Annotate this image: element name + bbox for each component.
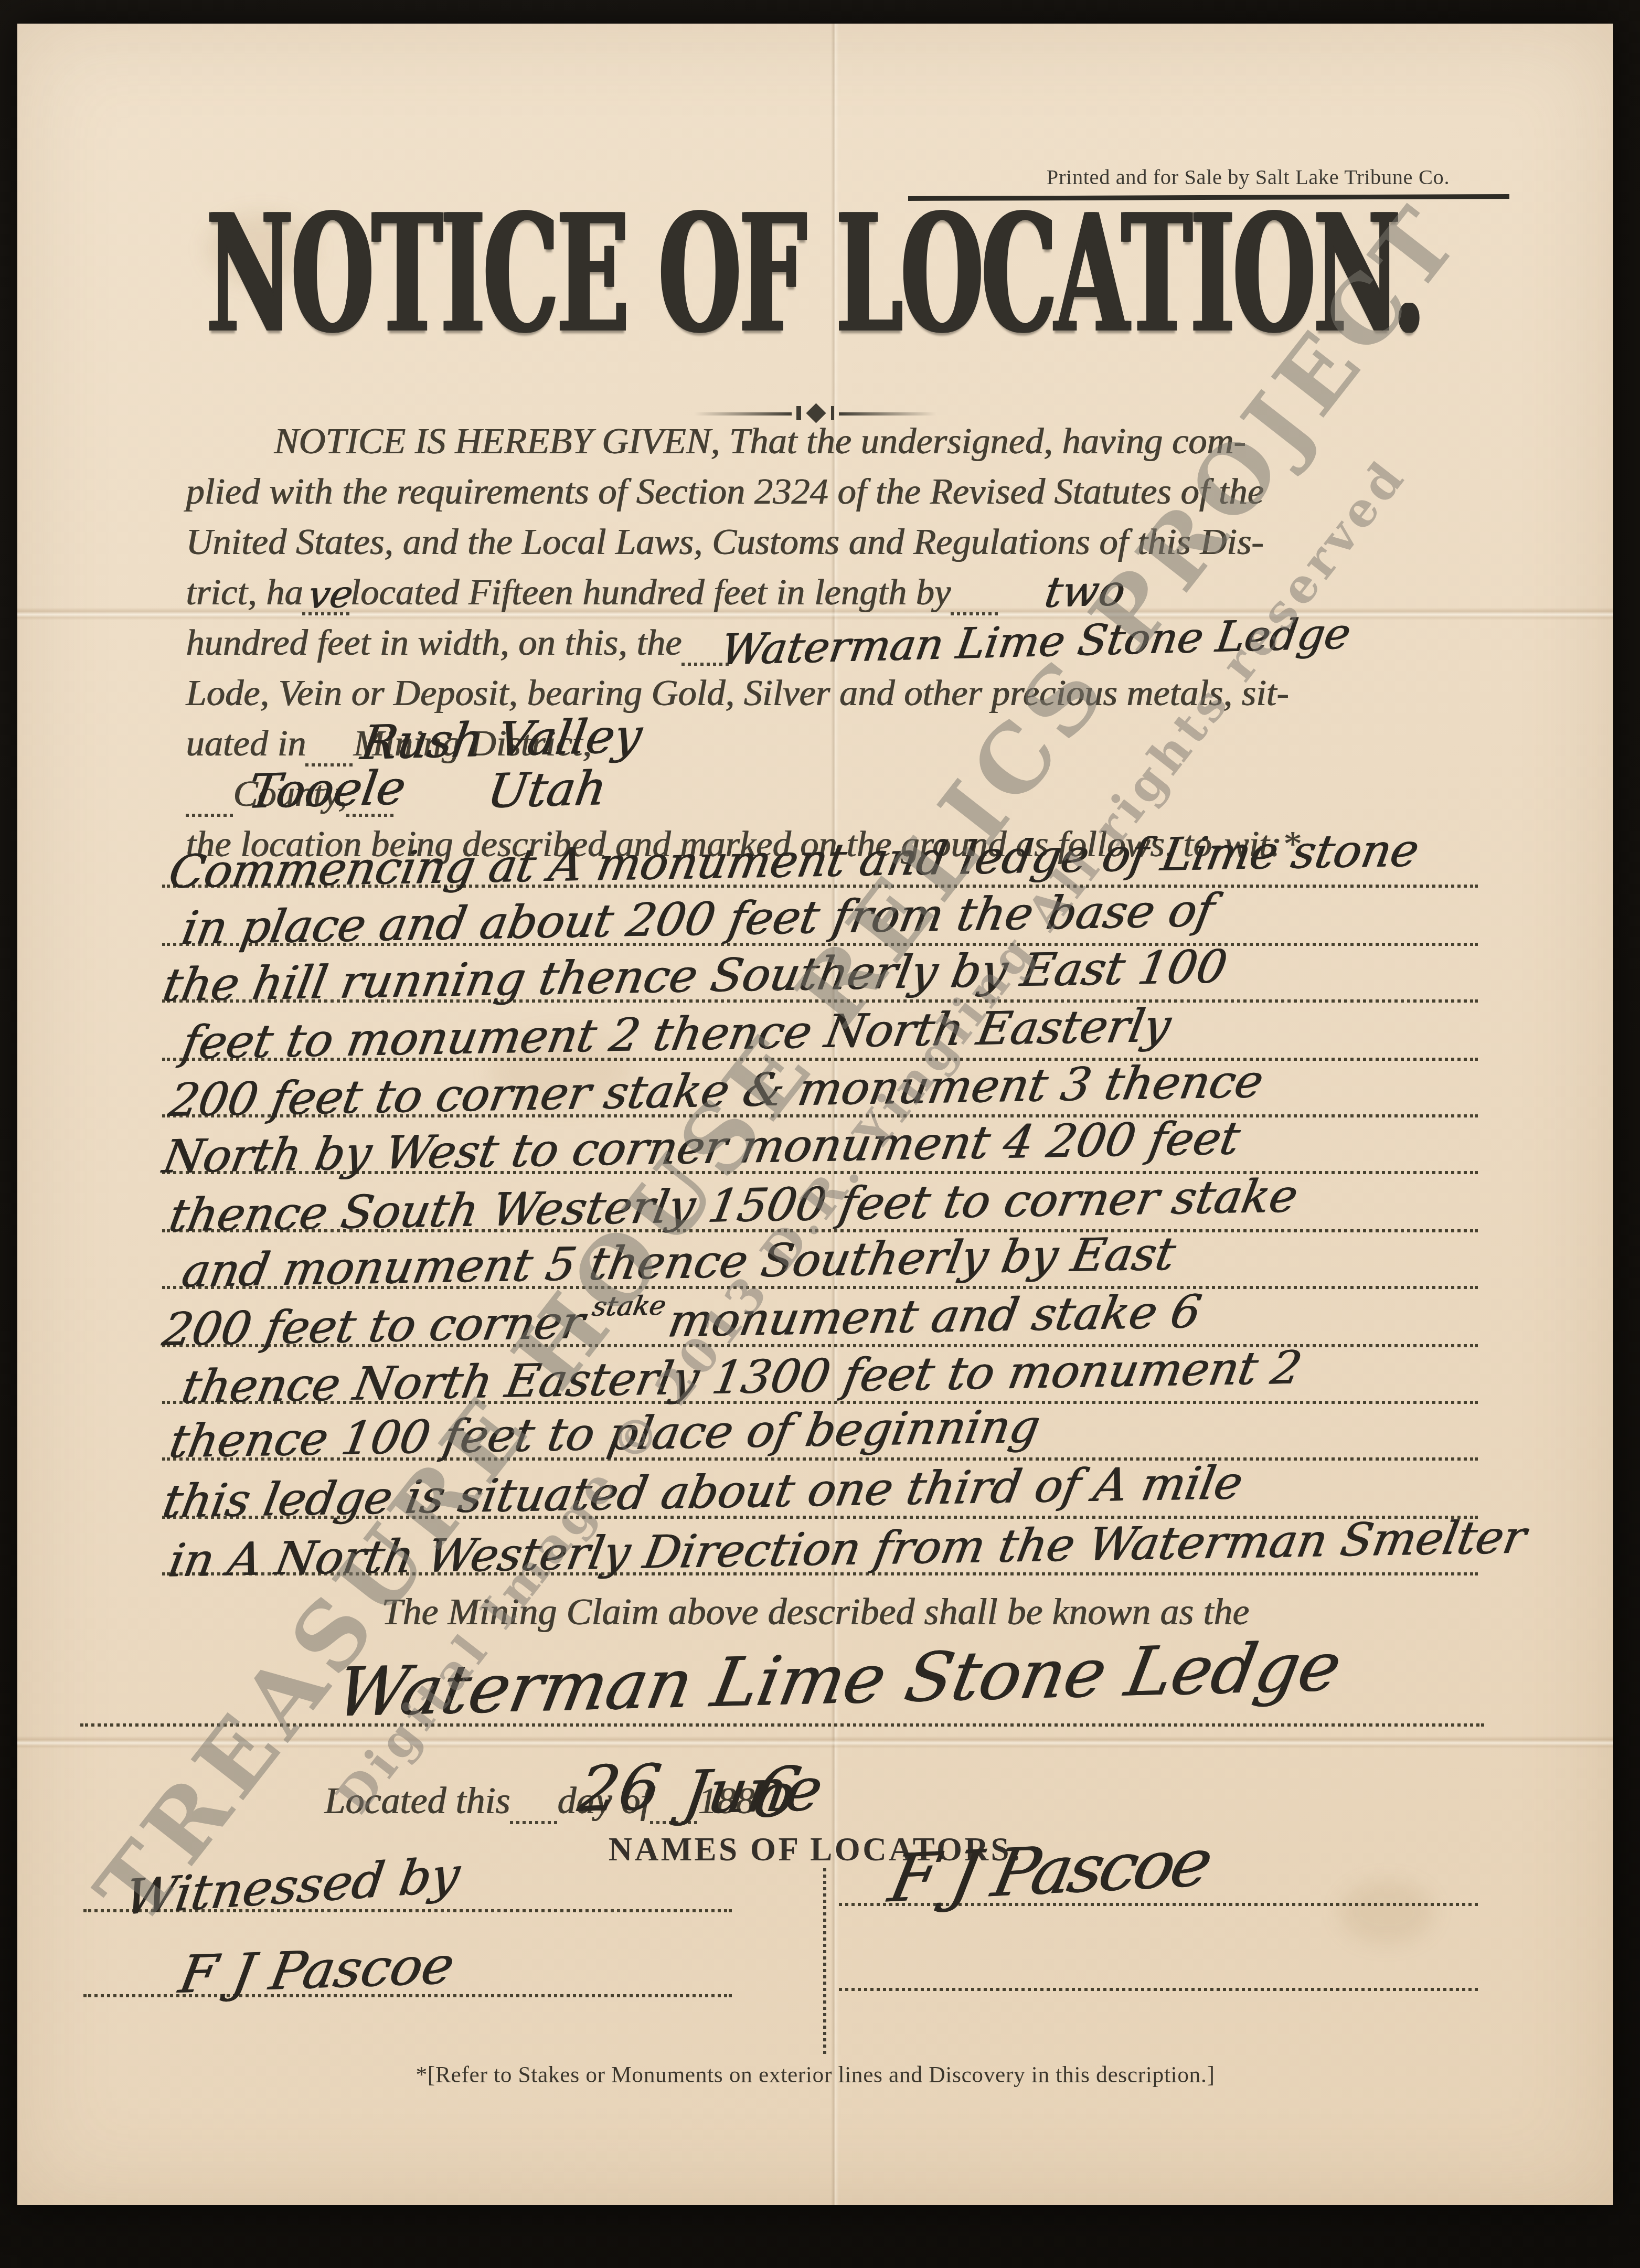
handwritten-description-text: in A North Westerly Direction from the W…	[165, 1510, 1530, 1588]
empty-signature-line	[839, 1928, 1478, 1991]
page-title-text: NOTICE OF LOCATION.	[207, 174, 1424, 379]
preamble-line-1: NOTICE IS HEREBY GIVEN, That the undersi…	[186, 417, 1557, 464]
preamble-line-4: trict, ha ve located Fifteen hundred fee…	[186, 568, 1468, 615]
horizontal-fold-crease	[17, 1736, 1613, 1749]
signature-column-divider	[823, 1868, 826, 2054]
description-line: thence North Easterly 1300 feet to monum…	[162, 1344, 1478, 1404]
preamble-line-3: United States, and the Local Laws, Custo…	[186, 518, 1468, 565]
fill-blank-month: June	[651, 1761, 698, 1824]
preamble-text: Lode, Vein or Deposit, bearing Gold, Sil…	[186, 674, 1288, 716]
description-line: feet to monument 2 thence North Easterly	[162, 1000, 1478, 1060]
preamble-text: located Fifteen hundred feet in length b…	[350, 573, 951, 615]
preamble-line-2: plied with the requirements of Section 2…	[186, 467, 1468, 515]
scanned-document-photo: Printed and for Sale by Salt Lake Tribun…	[0, 0, 1640, 2268]
preamble-text: United States, and the Local Laws, Custo…	[186, 523, 1263, 565]
description-line: 200 feet to corner stake & monument 3 th…	[162, 1057, 1478, 1117]
description-line: in place and about 200 feet from the bas…	[162, 885, 1478, 945]
preamble-text: hundred feet in width, on this, the	[186, 623, 681, 666]
description-line: thence 100 feet to place of beginning	[162, 1401, 1478, 1461]
handwritten-width-words: two	[1041, 567, 1128, 618]
locator-signature-line: F J Pascoe	[839, 1843, 1478, 1906]
witnessed-by-line: Witnessed by	[83, 1849, 732, 1912]
description-line: Commencing at A monument and ledge of Li…	[162, 828, 1478, 888]
fill-blank-mining-district: Rush Valley	[306, 716, 353, 766]
fill-blank-lode-name: Waterman Lime Stone Ledge	[681, 615, 729, 666]
handwritten-state: Utah	[484, 762, 610, 820]
footnote: *[Refer to Stakes or Monuments on exteri…	[17, 2063, 1613, 2090]
notice-of-location-form: Printed and for Sale by Salt Lake Tribun…	[17, 24, 1613, 2205]
description-line: thence South Westerly 1500 feet to corne…	[162, 1172, 1478, 1232]
fill-blank-have: ve	[303, 565, 350, 615]
description-line: in A North Westerly Direction from the W…	[162, 1515, 1478, 1575]
preamble-line-5: hundred feet in width, on this, the Wate…	[186, 619, 1468, 666]
preamble-text: NOTICE IS HEREBY GIVEN, That the undersi…	[274, 422, 1245, 464]
description-line: this ledge is situated about one third o…	[162, 1458, 1478, 1518]
witness-signature-line: F J Pascoe	[83, 1934, 732, 1997]
page-title: NOTICE OF LOCATION.	[17, 260, 1613, 379]
handwritten-lode-name: Waterman Lime Stone Ledge	[718, 610, 1354, 675]
located-this-label: Located this	[324, 1782, 510, 1824]
preamble-line-8: Tooele County, Utah	[186, 770, 1468, 817]
fill-blank-state: Utah	[347, 766, 394, 817]
fill-blank-width-words: two	[951, 565, 998, 615]
description-line: North by West to corner monument 4 200 f…	[162, 1114, 1478, 1175]
ornament-line-left	[694, 412, 792, 415]
handwritten-witnessed-by: Witnessed by	[121, 1847, 463, 1927]
preamble-line-6: Lode, Vein or Deposit, bearing Gold, Sil…	[186, 669, 1468, 716]
preamble-text: plied with the requirements of Section 2…	[186, 472, 1264, 515]
inserted-word-above-line: stake	[590, 1290, 668, 1323]
handwritten-witness-signature: F J Pascoe	[175, 1934, 459, 2005]
preamble-line-7: uated in Rush Valley Mining District,	[186, 719, 1468, 766]
preamble-text: trict, ha	[186, 573, 303, 615]
description-line: 200 feet to cornerstakemonument and stak…	[162, 1286, 1478, 1347]
fill-blank-day: 26	[510, 1761, 557, 1824]
description-line: and monument 5 thence Southerly by East	[162, 1229, 1478, 1289]
preamble-text: uated in	[186, 724, 306, 766]
claim-known-as-line: The Mining Claim above described shall b…	[17, 1593, 1613, 1635]
date-line: Located this 26 day of June 188 6	[324, 1764, 1355, 1824]
ornament-line-right	[839, 412, 936, 415]
handwritten-have-suffix: ve	[306, 572, 356, 617]
fill-blank-county: Tooele	[186, 766, 233, 817]
description-line: the hill running thence Southerly by Eas…	[162, 942, 1478, 1003]
